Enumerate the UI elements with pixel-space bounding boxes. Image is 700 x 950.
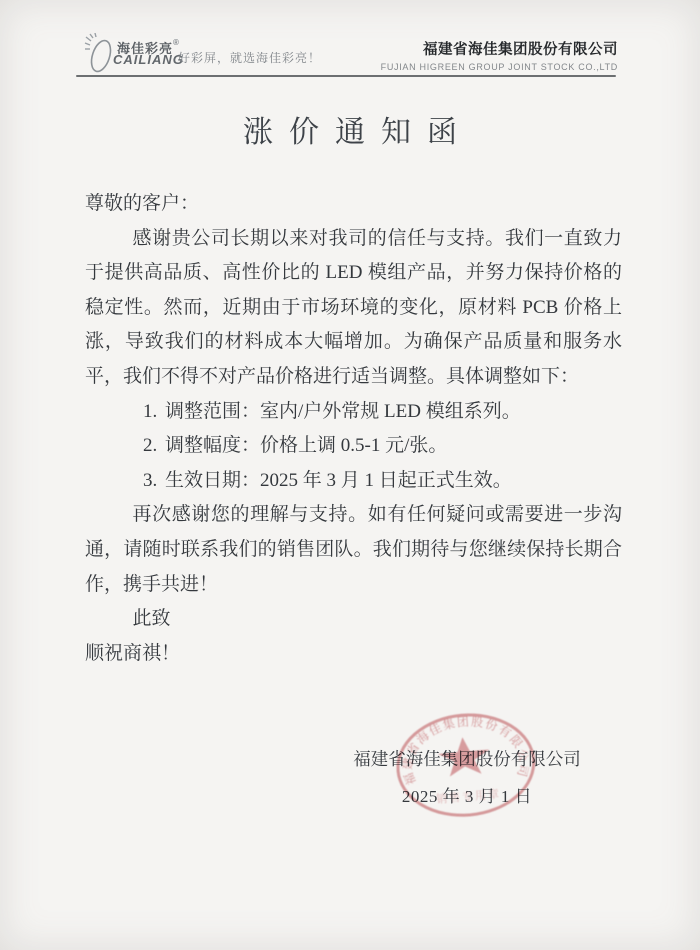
registered-mark: ® — [173, 38, 180, 47]
company-name-cn: 福建省海佳集团股份有限公司 — [381, 38, 618, 59]
letter-body: 尊敬的客户： 感谢贵公司长期以来对我司的信任与支持。我们一直致力于提供高品质、高… — [85, 187, 622, 671]
list-text: 调整幅度：价格上调 0.5-1 元/张。 — [165, 435, 447, 456]
header-divider — [76, 75, 616, 77]
closing-wish: 顺祝商祺！ — [85, 637, 622, 672]
closing-cizhi: 此致 — [85, 602, 622, 637]
list-number: 2. — [143, 429, 165, 464]
letterhead-company: 福建省海佳集团股份有限公司 FUJIAN HIGREEN GROUP JOINT… — [381, 38, 618, 72]
list-text: 调整范围：室内/户外常规 LED 模组系列。 — [165, 401, 521, 422]
list-text: 生效日期：2025 年 3 月 1 日起正式生效。 — [165, 470, 512, 491]
brand-slogan: 好彩屏，就选海佳彩亮！ — [178, 49, 321, 66]
list-item: 1.调整范围：室内/户外常规 LED 模组系列。 — [85, 395, 622, 430]
list-item: 3.生效日期：2025 年 3 月 1 日起正式生效。 — [85, 464, 622, 499]
list-number: 1. — [143, 395, 165, 430]
salutation: 尊敬的客户： — [85, 187, 622, 222]
brand-name-en: CAILIANG — [113, 52, 184, 67]
list-number: 3. — [143, 464, 165, 499]
stamp-bottom-text: 销售专用章 — [436, 786, 502, 806]
paragraph-intro: 感谢贵公司长期以来对我司的信任与支持。我们一直致力于提供高品质、高性价比的 LE… — [85, 222, 622, 395]
company-name-en: FUJIAN HIGREEN GROUP JOINT STOCK CO.,LTD — [381, 62, 618, 72]
company-seal-stamp: 福建省海佳集团股份有限公司 销售专用章 — [362, 680, 571, 854]
document-title: 涨价通知函 — [0, 107, 700, 151]
stamp-star-icon — [437, 735, 492, 777]
paragraph-thanks: 再次感谢您的理解与支持。如有任何疑问或需要进一步沟通，请随时联系我们的销售团队。… — [85, 498, 622, 602]
letterhead: 海佳彩亮® CAILIANG 好彩屏，就选海佳彩亮！ 福建省海佳集团股份有限公司… — [0, 0, 700, 80]
document-page: 海佳彩亮® CAILIANG 好彩屏，就选海佳彩亮！ 福建省海佳集团股份有限公司… — [0, 0, 700, 950]
list-item: 2.调整幅度：价格上调 0.5-1 元/张。 — [85, 429, 622, 464]
